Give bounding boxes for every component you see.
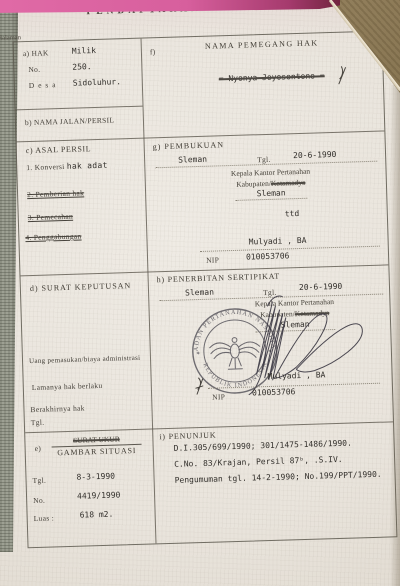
photo-of-document: PENDAFTARAN - PERTAMA Halaman a) HAK Mil… (0, 0, 400, 586)
asal-persil-label: c) ASAL PERSIL (26, 144, 92, 155)
hak-label: a) HAK (23, 48, 49, 58)
printed-form: PENDAFTARAN - PERTAMA Halaman a) HAK Mil… (0, 0, 400, 586)
h-place: Sleman (185, 288, 214, 298)
paper-right-edge-shadow (390, 85, 400, 586)
g-nip-value: 010053706 (246, 251, 290, 261)
g-kabupaten-prefix: Kabupaten/ (236, 178, 271, 188)
tgl-label-d: Tgl. (31, 418, 45, 427)
registration-table: a) HAK Milik No. 250. D e s a Sidoluhur.… (13, 30, 398, 548)
section-i-penunjuk: i) PENUNJUK D.I.305/699/1990; 301/1475-1… (153, 421, 396, 543)
berakhirnya-hak-label: Berakhirnya hak (30, 403, 85, 414)
hak-no-label: No. (28, 65, 40, 74)
nama-jalan-label: b) NAMA JALAN/PERSIL (25, 115, 115, 127)
asal-item-2: 2. Pemberian hak (27, 188, 84, 199)
g-ttd: ttd (285, 209, 300, 218)
h-nip-value: 010053706 (252, 387, 296, 397)
g-office-sleman: Sleman (235, 188, 308, 201)
asal-item-1-typed: hak adat (67, 161, 108, 171)
e-no-value: 4419/1990 (77, 490, 121, 500)
asal-item-3: 3. Pemecahan (28, 212, 73, 222)
desa-value: Sidoluhur. (73, 77, 121, 87)
g-tgl-label: Tgl. (257, 155, 271, 164)
e-no-label: No. (33, 496, 45, 505)
e-tgl-value: 8-3-1990 (76, 472, 115, 482)
g-kotamadya-struck: Kotamadya (271, 177, 306, 187)
e-luas-value: 618 m2. (79, 510, 113, 520)
penerbitan-label: h) PENERBITAN SERTIPIKAT (157, 272, 281, 285)
handwritten-mark (334, 65, 349, 85)
pembukuan-label: g) PEMBUKUAN (153, 140, 225, 151)
section-g-pembukuan: g) PEMBUKUAN Sleman Tgl. 20-6-1990 Kepal… (144, 130, 388, 271)
penunjuk-line2: C.No. 83/Krajan, Persil 87ᵇ, .S.IV. (174, 455, 343, 469)
hak-no-value: 250. (72, 62, 92, 72)
gambar-situasi-title: GAMBAR SITUASI (52, 445, 142, 458)
pemegang-hak-header: NAMA PEMEGANG HAK (142, 37, 382, 53)
e-luas-label: Luas : (34, 513, 55, 523)
g-place: Sleman (178, 155, 207, 165)
section-h-penerbitan: h) PENERBITAN SERTIPIKAT Sleman Tgl. 20-… (148, 264, 393, 428)
surat-keputusan-label: d) SURAT KEPUTUSAN (30, 281, 132, 293)
asal-item-1-printed: 1. Konversi (26, 162, 65, 172)
handwritten-mark-nip (194, 376, 207, 396)
section-a-hak: a) HAK Milik No. 250. D e s a Sidoluhur. (14, 39, 143, 110)
e-tgl-label: Tgl. (32, 476, 46, 485)
section-e-gambar-situasi: e) SURAT UKUR GAMBAR SITUASI Tgl. 8-3-19… (25, 428, 155, 547)
g-office-block: Kepala Kantor Pertanahan Kabupaten/Kotam… (175, 165, 366, 202)
desa-label: D e s a (29, 80, 57, 90)
penunjuk-line3: Pengumuman tgl. 14-2-1990; No.199/PPT/19… (175, 470, 382, 485)
lamanya-hak-label: Lamanya hak berlaku (32, 381, 103, 392)
penunjuk-label: i) PENUNJUK (159, 431, 216, 442)
h-nip-label: NIP (212, 392, 225, 401)
asal-item-1: 1. Konversi hak adat (26, 161, 108, 172)
penunjuk-line1: D.I.305/699/1990; 301/1475-1486/1990. (174, 439, 352, 453)
e-title-stack: SURAT UKUR GAMBAR SITUASI (51, 434, 142, 458)
hak-value: Milik (72, 46, 96, 56)
section-b-nama-jalan: b) NAMA JALAN/PERSIL (16, 106, 144, 142)
stamp-star-left: ✶ (196, 350, 201, 357)
h-signer-name: Mulyadi , BA (267, 370, 325, 381)
e-label: e) (34, 444, 41, 453)
g-nip-label: NIP (206, 255, 219, 264)
uang-pemasukan-label: Uang pemasukan/biaya administrasi (29, 354, 141, 365)
section-c-asal-persil: c) ASAL PERSIL 1. Konversi hak adat 2. P… (17, 138, 148, 276)
asal-item-4: 4. Penggabungan (25, 231, 81, 242)
section-d-surat-keputusan: d) SURAT KEPUTUSAN Uang pemasukan/biaya … (20, 272, 152, 433)
section-f-pemegang-hak: f) NAMA PEMEGANG HAK = Nyonya Joyosonton… (142, 32, 385, 138)
g-date: 20-6-1990 (293, 150, 337, 160)
